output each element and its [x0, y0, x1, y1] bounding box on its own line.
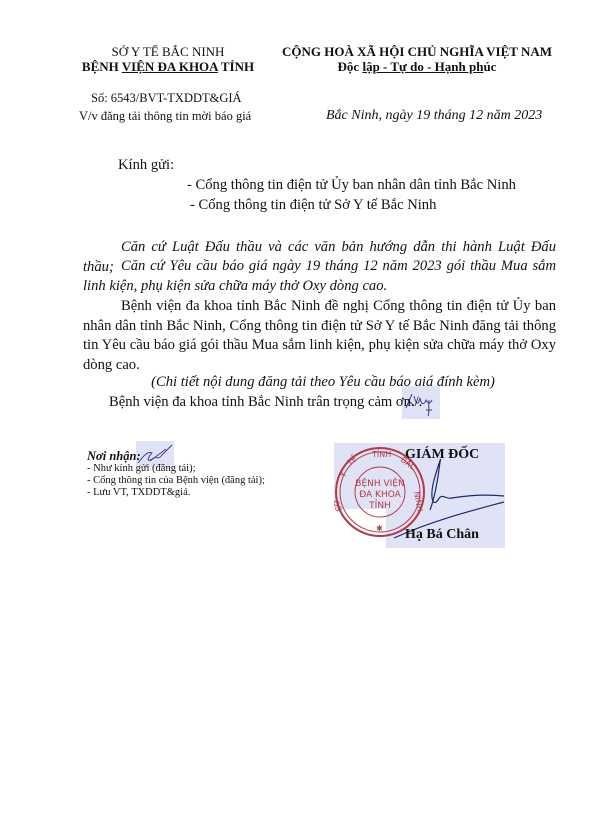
place-date: Bắc Ninh, ngày 19 tháng 12 năm 2023 [326, 108, 542, 124]
svg-text:TỈNH: TỈNH [371, 448, 391, 459]
document-number: Số: 6543/BVT-TXDDT&GIÁ [91, 91, 242, 106]
motto: Độc lập - Tự do - Hạnh phúc [262, 59, 572, 75]
svg-text:BỆNH VIỆN: BỆNH VIỆN [355, 477, 404, 489]
org-name-post: TỈNH [218, 59, 254, 74]
org-name-underlined: VIỆN ĐA KHOA [122, 59, 218, 74]
svg-text:NINH: NINH [412, 491, 424, 513]
distribution-item: - Cổng thông tin của Bệnh viện (đăng tải… [87, 475, 265, 486]
recipient-item: - Cổng thông tin điện tử Sở Y tế Bắc Nin… [190, 197, 436, 214]
thanks-line: Bệnh viện đa khoa tỉnh Bắc Ninh trân trọ… [109, 394, 422, 411]
motto-pre: Độc [338, 59, 363, 74]
org-name: BỆNH VIỆN ĐA KHOA TỈNH [73, 59, 263, 75]
org-parent: SỞ Y TẾ BẮC NINH [88, 44, 248, 60]
request-paragraph: Bệnh viện đa khoa tỉnh Bắc Ninh đề nghị … [83, 297, 556, 375]
org-name-pre: BỆNH [82, 59, 122, 74]
recipient-item: - Cổng thông tin điện tử Ủy ban nhân dân… [187, 177, 516, 194]
recipients-label: Kính gửi: [118, 157, 174, 174]
legal-basis-2: Căn cứ Yêu cầu báo giá ngày 19 tháng 12 … [83, 257, 556, 296]
svg-text:TỈNH: TỈNH [368, 499, 391, 511]
distribution-item: - Lưu VT, TXDDT&giá. [87, 487, 190, 498]
svg-text:ĐA KHOA: ĐA KHOA [359, 490, 401, 500]
distribution-label: Nơi nhận: [87, 449, 141, 464]
country-title: CỘNG HOÀ XÃ HỘI CHỦ NGHĨA VIỆT NAM [262, 44, 572, 60]
svg-text:✱: ✱ [376, 524, 383, 533]
document-subject: V/v đăng tải thông tin mời báo giá [79, 109, 251, 124]
motto-post: úc [483, 59, 496, 74]
signer-title: GIÁM ĐỐC [405, 447, 479, 463]
signer-name: Hạ Bá Chân [405, 527, 479, 543]
detail-note: (Chi tiết nội dung đăng tải theo Yêu cầu… [83, 374, 563, 391]
motto-underlined: lập - Tự do - Hạnh ph [362, 59, 483, 74]
distribution-item: - Như kính gửi (đăng tải); [87, 463, 196, 474]
svg-text:SỞ: SỞ [334, 498, 344, 513]
